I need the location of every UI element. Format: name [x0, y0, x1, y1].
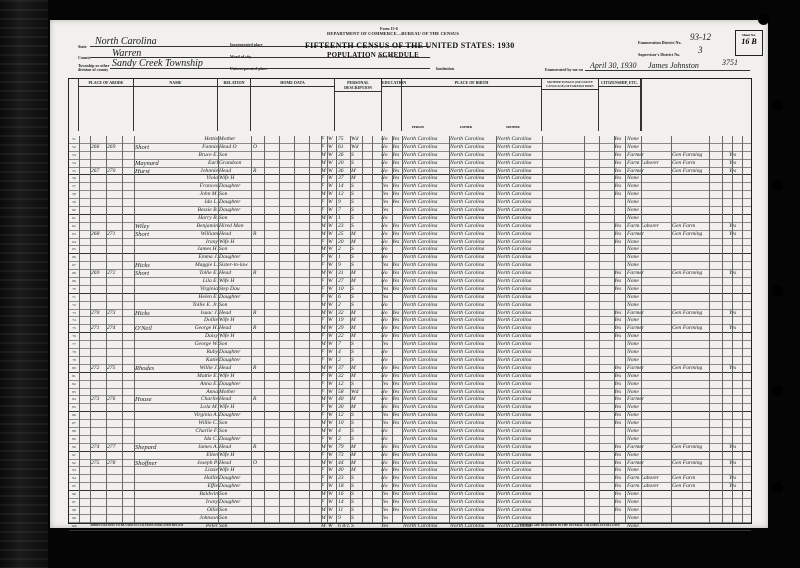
cell-race: W [328, 483, 336, 490]
table-row: 57FrancesDaughterFW14SYesYesNorth Caroli… [69, 183, 751, 191]
cell-birth: North Carolina [403, 483, 449, 490]
table-row: 67HicksMaggie L.Sister-in-lawFW9SYesYesN… [69, 262, 751, 270]
cell-relation: Wife H [219, 278, 251, 285]
cell-race: W [328, 191, 336, 198]
cell-read: Yes [392, 499, 402, 506]
cell-dwelling [91, 436, 106, 443]
cell-occupation: None [627, 239, 671, 246]
cell-read [392, 302, 402, 309]
cell-mother: North Carolina [497, 207, 542, 214]
column-divider [251, 136, 252, 523]
cell-marital: S [351, 160, 361, 167]
table-row: 62WileyBenjaminHired ManMW23SNoYesNorth … [69, 223, 751, 231]
cell-mother: North Carolina [497, 460, 542, 467]
cell-relation: Daughter [219, 436, 251, 443]
cell-line: 54 [69, 160, 79, 167]
cell-eng: Yes [614, 278, 624, 285]
cell-dwelling: 275 [91, 460, 106, 467]
header-personal-description: PERSONAL DESCRIPTION [335, 79, 382, 131]
cell-surname: Short [135, 144, 170, 151]
cell-eng: Yes [614, 365, 624, 372]
cell-age: 14 [338, 499, 350, 506]
cell-dwelling [91, 341, 106, 348]
cell-surname: Shepard [135, 444, 170, 451]
cell-dwelling [91, 254, 106, 261]
cell-read [392, 246, 402, 253]
cell-occupation: None [627, 412, 671, 419]
cell-father: North Carolina [450, 207, 496, 214]
cell-eng [614, 215, 624, 222]
cell-age: 12 [338, 381, 350, 388]
cell-home [253, 199, 261, 206]
cell-marital: S [351, 302, 361, 309]
cell-relation: Son [219, 507, 251, 514]
cell-line: 89 [69, 436, 79, 443]
cell-occupation: None [627, 420, 671, 427]
cell-birth: North Carolina [403, 523, 449, 530]
cell-read [392, 341, 402, 348]
cell-mother: North Carolina [497, 286, 542, 293]
cell-race: W [328, 389, 336, 396]
cell-line: 87 [69, 420, 79, 427]
cell-surname: Hicks [135, 262, 170, 269]
cell-employed: Yes [729, 223, 741, 230]
cell-surname [135, 436, 170, 443]
cell-industry [672, 144, 710, 151]
cell-line: 55 [69, 168, 79, 175]
cell-mother: North Carolina [497, 420, 542, 427]
cell-birth: North Carolina [403, 136, 449, 143]
cell-employed [729, 467, 741, 474]
cell-occupation: None [627, 286, 671, 293]
cell-employed [729, 507, 741, 514]
cell-employed: Yes [729, 483, 741, 490]
cell-eng: Yes [614, 373, 624, 380]
cell-marital: M [351, 404, 361, 411]
enumeration-value: 93-12 [690, 32, 711, 42]
cell-age: 11 [338, 507, 350, 514]
cell-industry [672, 175, 710, 182]
cell-dwelling [91, 183, 106, 190]
cell-birth: North Carolina [403, 333, 449, 340]
cell-read: Yes [392, 199, 402, 206]
cell-family [107, 491, 122, 498]
cell-relation: Son [219, 302, 251, 309]
cell-surname: Short [135, 270, 170, 277]
cell-given: Charlie [169, 396, 218, 403]
cell-line: 63 [69, 231, 79, 238]
cell-read [392, 207, 402, 214]
cell-eng [614, 436, 624, 443]
cell-marital: Wd [351, 136, 361, 143]
cell-occupation: None [627, 294, 671, 301]
cell-dwelling [91, 333, 106, 340]
cell-employed: Yes [729, 365, 741, 372]
cell-industry: Gen Farming [672, 325, 710, 332]
cell-line: 56 [69, 175, 79, 182]
cell-home [253, 475, 261, 482]
cell-given: Irany [169, 239, 218, 246]
cell-given: Baldwin [169, 491, 218, 498]
cell-employed [729, 239, 741, 246]
cell-home: R [253, 365, 261, 372]
cell-surname [135, 381, 170, 388]
cell-mother: North Carolina [497, 302, 542, 309]
cell-surname: Hicks [135, 310, 170, 317]
cell-eng: Yes [614, 183, 624, 190]
cell-age: 19 [338, 317, 350, 324]
cell-industry: Gen Farming [672, 310, 710, 317]
cell-read [392, 215, 402, 222]
cell-age: 2 [338, 436, 350, 443]
ward-label: Ward of city [230, 54, 251, 59]
cell-age: 9 [338, 199, 350, 206]
cell-line: 77 [69, 341, 79, 348]
cell-family [107, 349, 122, 356]
header-place-of-abode: PLACE OF ABODE [79, 79, 134, 131]
column-divider [392, 136, 393, 523]
table-row: 76DaisyWife HFW22MNoYesNorth CarolinaNor… [69, 333, 751, 341]
cell-race: W [328, 231, 336, 238]
cell-given: John M. [169, 191, 218, 198]
cell-employed: Yes [729, 270, 741, 277]
cell-age: 27 [338, 278, 350, 285]
cell-surname [135, 207, 170, 214]
cell-relation: Wife H [219, 317, 251, 324]
table-row: 98OllieSonMW11SYesYesNorth CarolinaNorth… [69, 507, 751, 515]
cell-father: North Carolina [450, 262, 496, 269]
cell-read: Yes [392, 286, 402, 293]
cell-occupation: None [627, 499, 671, 506]
cell-eng: Yes [614, 389, 624, 396]
column-divider [264, 136, 265, 523]
cell-relation: Head [219, 396, 251, 403]
cell-relation: Daughter [219, 475, 251, 482]
cell-line: 81 [69, 373, 79, 380]
cell-father: North Carolina [450, 452, 496, 459]
table-row: 74DollieWife HFW19MNoYesNorth CarolinaNo… [69, 317, 751, 325]
cell-family [107, 389, 122, 396]
cell-race: W [328, 136, 336, 143]
cell-relation: Daughter [219, 483, 251, 490]
cell-eng [614, 515, 624, 522]
cell-read [392, 523, 402, 530]
cell-read: Yes [392, 317, 402, 324]
table-row: 77George W.SonMW7SYesNorth CarolinaNorth… [69, 341, 751, 349]
column-divider [294, 136, 295, 523]
cell-father: North Carolina [450, 223, 496, 230]
cell-birth: North Carolina [403, 357, 449, 364]
cell-race: W [328, 404, 336, 411]
cell-relation: Head [219, 168, 251, 175]
cell-race: W [328, 373, 336, 380]
cell-age: 61 [338, 144, 350, 151]
cell-surname [135, 278, 170, 285]
cell-read: Yes [392, 175, 402, 182]
cell-age: 37 [338, 175, 350, 182]
cell-given: Ida C. [169, 436, 218, 443]
cell-birth: North Carolina [403, 270, 449, 277]
cell-mother: North Carolina [497, 160, 542, 167]
cell-family [107, 420, 122, 427]
cell-given: Effie [169, 483, 218, 490]
cell-read: Yes [392, 444, 402, 451]
table-row: 59Ida L.DaughterFW9SYesYesNorth Carolina… [69, 199, 751, 207]
cell-home [253, 389, 261, 396]
cell-race: W [328, 349, 336, 356]
cell-industry [672, 396, 710, 403]
column-divider [641, 136, 642, 523]
cell-home [253, 262, 261, 269]
cell-eng [614, 428, 624, 435]
cell-industry [672, 389, 710, 396]
table-row: 56ViolaWife HFW37MNoYesNorth CarolinaNor… [69, 175, 751, 183]
cell-father: North Carolina [450, 310, 496, 317]
cell-marital: S [351, 199, 361, 206]
cell-industry [672, 349, 710, 356]
cell-age: 14 [338, 183, 350, 190]
cell-marital: S [351, 412, 361, 419]
punch-hole [772, 180, 783, 191]
cell-birth: North Carolina [403, 444, 449, 451]
cell-mother: North Carolina [497, 144, 542, 151]
cell-read: Yes [392, 483, 402, 490]
header-education: EDUCATION [382, 79, 402, 131]
cell-father: North Carolina [450, 499, 496, 506]
cell-eng: Yes [614, 325, 624, 332]
cell-home: O [253, 460, 261, 467]
cell-industry [672, 357, 710, 364]
cell-birth: North Carolina [403, 191, 449, 198]
cell-mother: North Carolina [497, 436, 542, 443]
cell-read: Yes [392, 262, 402, 269]
cell-eng: Yes [614, 231, 624, 238]
cell-race: W [328, 152, 336, 159]
cell-marital: M [351, 452, 361, 459]
cell-read [392, 428, 402, 435]
column-divider [709, 136, 710, 523]
cell-given: Lizzie [169, 467, 218, 474]
state-label: State [78, 44, 87, 49]
cell-birth: North Carolina [403, 152, 449, 159]
cell-industry [672, 333, 710, 340]
header-mother-tongue: MOTHER TONGUE (OR NATIVE LANGUAGE) OF FO… [542, 79, 599, 131]
cell-family [107, 428, 122, 435]
cell-read: Yes [392, 365, 402, 372]
cell-industry [672, 436, 710, 443]
cell-birth: North Carolina [403, 183, 449, 190]
cell-father: North Carolina [450, 436, 496, 443]
cell-line: 62 [69, 223, 79, 230]
cell-father: North Carolina [450, 333, 496, 340]
cell-line: 88 [69, 428, 79, 435]
cell-occupation: None [627, 341, 671, 348]
cell-industry: Gen Farming [672, 231, 710, 238]
column-divider [79, 136, 80, 523]
cell-mother: North Carolina [497, 396, 542, 403]
cell-home [253, 452, 261, 459]
cell-race: W [328, 175, 336, 182]
cell-birth: North Carolina [403, 317, 449, 324]
cell-family [107, 436, 122, 443]
cell-line: 70 [69, 286, 79, 293]
cell-age: 73 [338, 452, 350, 459]
cell-given: Viola [169, 175, 218, 182]
cell-relation: Daughter [219, 349, 251, 356]
cell-family [107, 191, 122, 198]
cell-employed: Yes [729, 325, 741, 332]
cell-race: W [328, 302, 336, 309]
cell-age: 7 [338, 341, 350, 348]
cell-birth: North Carolina [403, 286, 449, 293]
cell-mother: North Carolina [497, 239, 542, 246]
cell-given: Ida L. [169, 199, 218, 206]
cell-age: 30 [338, 404, 350, 411]
cell-line: 93 [69, 467, 79, 474]
cell-father: North Carolina [450, 168, 496, 175]
cell-marital: S [351, 262, 361, 269]
cell-race: W [328, 168, 336, 175]
cell-read: Yes [392, 373, 402, 380]
cell-read: Yes [392, 168, 402, 175]
sheet-value: 16 B [736, 37, 762, 46]
cell-given: Isaac J. [169, 310, 218, 317]
cell-home [253, 467, 261, 474]
table-row: 90274277ShepardJames A.HeadRMW79MNoYesNo… [69, 444, 751, 452]
cell-line: 90 [69, 444, 79, 451]
cell-eng: Yes [614, 144, 624, 151]
cell-relation: Wife H [219, 239, 251, 246]
cell-age: 2 [338, 246, 350, 253]
cell-read: Yes [392, 223, 402, 230]
cell-father: North Carolina [450, 254, 496, 261]
column-divider [106, 136, 107, 523]
cell-marital: S [351, 349, 361, 356]
cell-occupation: None [627, 389, 671, 396]
cell-given: William [169, 231, 218, 238]
cell-given: Benjamin [169, 223, 218, 230]
cell-line: 99 [69, 515, 79, 522]
cell-line: 98 [69, 507, 79, 514]
cell-eng [614, 294, 624, 301]
cell-mother: North Carolina [497, 152, 542, 159]
cell-occupation: None [627, 144, 671, 151]
cell-employed [729, 175, 741, 182]
cell-family [107, 499, 122, 506]
cell-birth: North Carolina [403, 475, 449, 482]
cell-eng: Yes [614, 136, 624, 143]
cell-dwelling [91, 428, 106, 435]
cell-read: Yes [392, 231, 402, 238]
cell-race: W [328, 515, 336, 522]
cell-age: 29 [338, 325, 350, 332]
cell-surname: Short [135, 231, 170, 238]
cell-birth: North Carolina [403, 254, 449, 261]
cell-marital: M [351, 444, 361, 451]
cell-father: North Carolina [450, 349, 496, 356]
cell-read: Yes [392, 136, 402, 143]
cell-eng: Yes [614, 491, 624, 498]
cell-industry [672, 341, 710, 348]
cell-marital: M [351, 396, 361, 403]
cell-father: North Carolina [450, 475, 496, 482]
cell-mother: North Carolina [497, 365, 542, 372]
table-row: 53Bruce E.SonMW26SNoYesNorth CarolinaNor… [69, 152, 751, 160]
cell-eng [614, 254, 624, 261]
column-divider [599, 136, 600, 523]
cell-eng: Yes [614, 286, 624, 293]
cell-father: North Carolina [450, 483, 496, 490]
table-row: 99JohnsonSonMW9SYesNorth CarolinaNorth C… [69, 515, 751, 523]
cell-father: North Carolina [450, 396, 496, 403]
cell-birth: North Carolina [403, 231, 449, 238]
cell-dwelling [91, 136, 106, 143]
cell-marital: S [351, 286, 361, 293]
cell-dwelling [91, 499, 106, 506]
cell-employed [729, 207, 741, 214]
cell-dwelling: 273 [91, 396, 106, 403]
cell-relation: Son [219, 191, 251, 198]
cell-birth: North Carolina [403, 239, 449, 246]
cell-dwelling [91, 286, 106, 293]
cell-race: W [328, 223, 336, 230]
cell-surname [135, 357, 170, 364]
enumerated-date: April 30, 1930 [590, 61, 636, 70]
institution-label: Institution [436, 66, 454, 71]
cell-occupation: None [627, 507, 671, 514]
table-row: 86Virginia A.DaughterFW12SYesYesNorth Ca… [69, 412, 751, 420]
cell-age: 75 [338, 136, 350, 143]
cell-employed [729, 523, 741, 530]
cell-father: North Carolina [450, 420, 496, 427]
cell-home [253, 357, 261, 364]
cell-race: W [328, 239, 336, 246]
cell-given: Ollie [169, 507, 218, 514]
cell-employed [729, 317, 741, 324]
microfilm-edge [0, 0, 48, 568]
punch-hole [772, 100, 783, 111]
cell-relation: Daughter [219, 381, 251, 388]
cell-occupation: Farmer [627, 325, 671, 332]
cell-race: W [328, 246, 336, 253]
cell-family [107, 507, 122, 514]
cell-birth: North Carolina [403, 310, 449, 317]
cell-race: W [328, 444, 336, 451]
cell-relation: Wife H [219, 373, 251, 380]
cell-home [253, 183, 261, 190]
cell-birth: North Carolina [403, 396, 449, 403]
cell-race: W [328, 325, 336, 332]
cell-industry [672, 278, 710, 285]
cell-dwelling [91, 412, 106, 419]
sheet-number-box: Sheet No. 16 B [735, 30, 763, 56]
population-table: PLACE OF ABODE NAME RELATION HOME DATA P… [68, 78, 752, 524]
cell-industry [672, 452, 710, 459]
cell-industry: Gen Farming [672, 168, 710, 175]
table-row: 70VirginiaStep DauFW10SYesYesNorth Carol… [69, 286, 751, 294]
cell-relation: Head [219, 310, 251, 317]
cell-given: Anna [169, 389, 218, 396]
cell-line: 64 [69, 239, 79, 246]
cell-father: North Carolina [450, 183, 496, 190]
cell-home [253, 404, 261, 411]
cell-employed [729, 136, 741, 143]
cell-line: 84 [69, 396, 79, 403]
cell-family [107, 278, 122, 285]
cell-employed [729, 396, 741, 403]
cell-industry: Gen Farming [672, 444, 710, 451]
cell-race: W [328, 199, 336, 206]
